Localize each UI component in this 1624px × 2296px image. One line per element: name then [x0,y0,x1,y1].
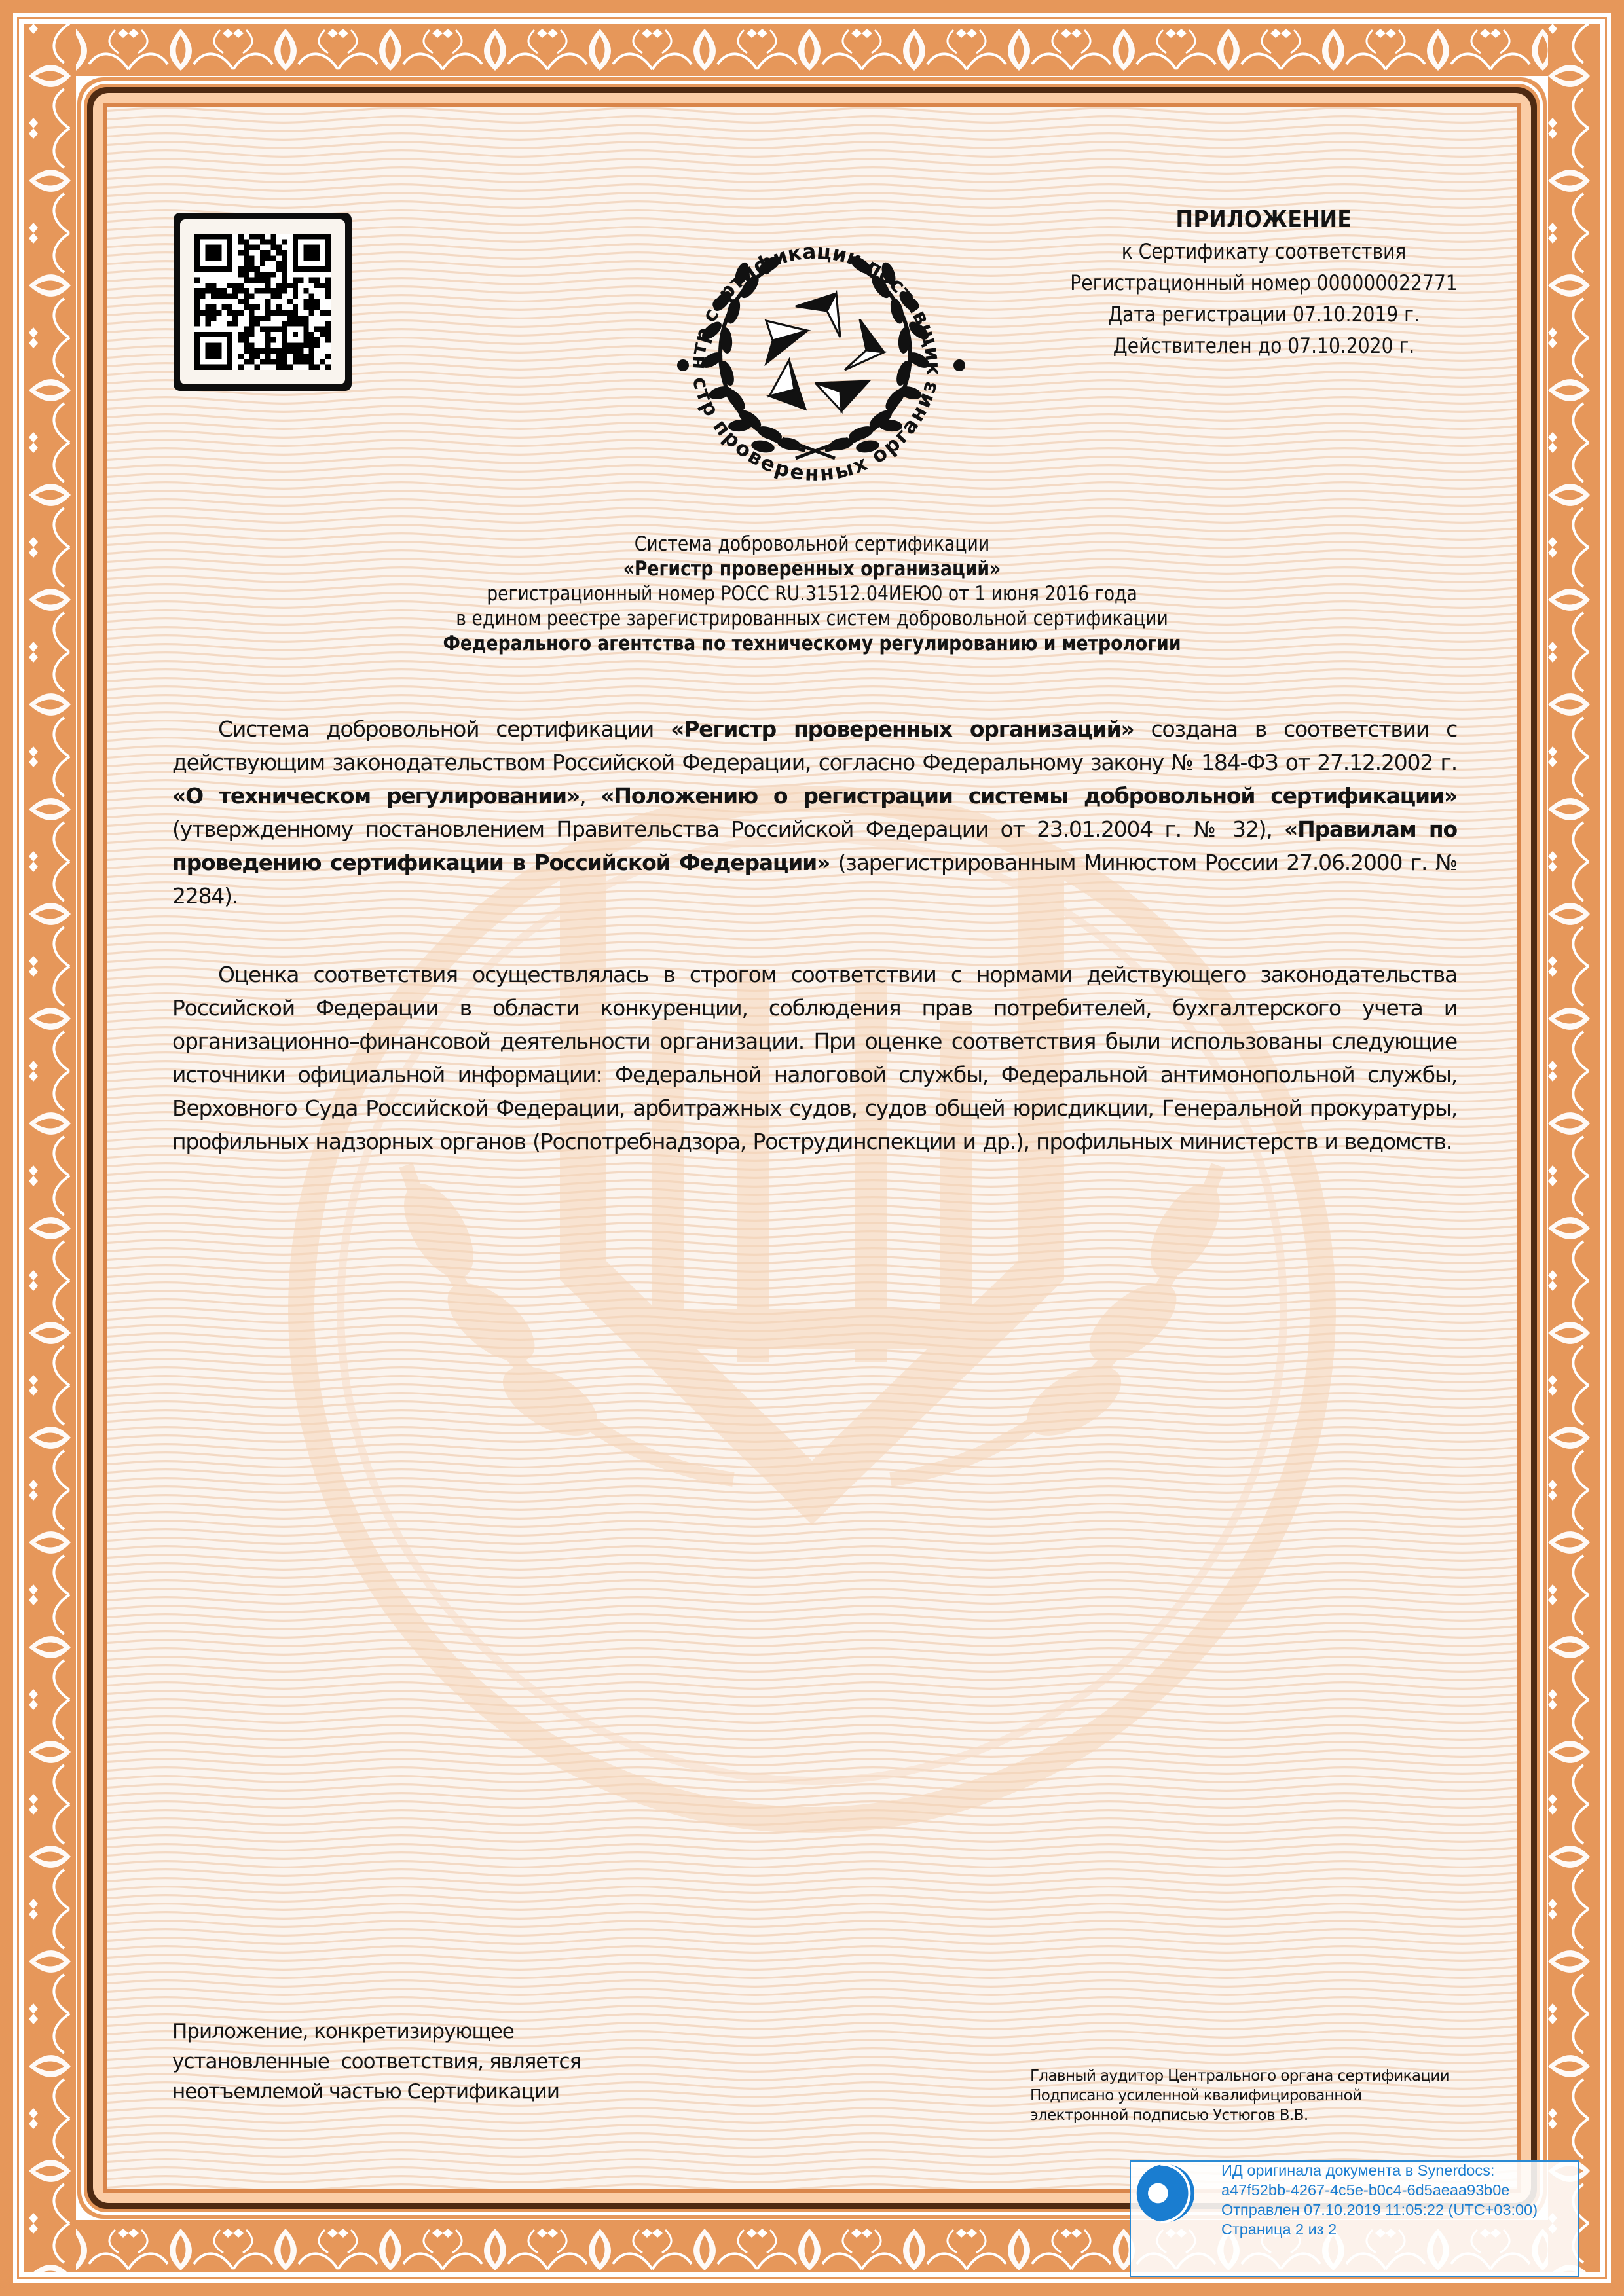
footer-note: Приложение, конкретизирующее установленн… [172,2016,631,2107]
footer-note-line-1: Приложение, конкретизирующее [172,2016,631,2047]
stamp-id-label: ИД оригинала документа в Synerdocs: [1221,2160,1538,2180]
certification-seal: Центр сертификации поставщиков Регистр п… [658,203,972,511]
synerdocs-stamp-text: ИД оригинала документа в Synerdocs: a47f… [1221,2160,1538,2239]
signer-title: Главный аудитор Центрального органа серт… [1030,2066,1502,2086]
stamp-document-id: a47f52bb-4267-4c5e-b0c4-6d5aeaa93b0e [1221,2180,1538,2200]
stamp-page-number: Страница 2 из 2 [1221,2219,1538,2239]
paragraph-assessment: Оценка соответствия осуществлялась в стр… [172,958,1457,1158]
p1-bold-2: «О техническом регулировании» [172,783,580,809]
system-registry: в едином реестре зарегистрированных сист… [339,606,1285,631]
appendix-title: ПРИЛОЖЕНИЕ [1050,204,1477,236]
stamp-sent-time: Отправлен 07.10.2019 11:05:22 (UTC+03:00… [1221,2200,1538,2219]
qr-code [174,213,352,391]
registration-date: Дата регистрации 07.10.2019 г. [1050,299,1477,330]
appendix-subtitle: к Сертификату соответствия [1050,236,1477,267]
p1-text-4: (утвержденному постановлением Правительс… [172,816,1284,842]
registration-number: Регистрационный номер 000000022771 [1050,267,1477,299]
signer-name: электронной подписью Устюгов В.В. [1030,2105,1502,2125]
p1-text-3: , [580,783,600,809]
signature-block: Главный аудитор Центрального органа серт… [1030,2066,1502,2125]
certification-system-info: Система добровольной сертификации «Регис… [262,532,1362,656]
watermark-emblem [275,773,1349,1846]
p2-text: Оценка соответствия осуществлялась в стр… [172,958,1457,1158]
signature-type: Подписано усиленной квалифицированной [1030,2086,1502,2105]
system-line-1: Система добровольной сертификации [339,532,1285,556]
system-agency: Федерального агентства по техническому р… [339,631,1285,656]
system-registration: регистрационный номер РОСС RU.31512.04ИЕ… [339,581,1285,606]
system-name: «Регистр проверенных организаций» [339,556,1285,581]
appendix-header: ПРИЛОЖЕНИЕ к Сертификату соответствия Ре… [1022,204,1506,361]
p1-text-1: Система добровольной сертификации [218,716,671,742]
footer-note-line-2: установленные соответствия, является [172,2047,631,2077]
synerdocs-logo-icon [1133,2162,1196,2225]
p1-bold-3: «Положению о регистрации системы доброво… [600,783,1457,809]
paragraph-legal-basis: Система добровольной сертификации «Регис… [172,712,1457,913]
footer-note-line-3: неотъемлемой частью Сертификации [172,2077,631,2107]
valid-until: Действителен до 07.10.2020 г. [1050,330,1477,361]
p1-bold-1: «Регистр проверенных организаций» [671,716,1134,742]
